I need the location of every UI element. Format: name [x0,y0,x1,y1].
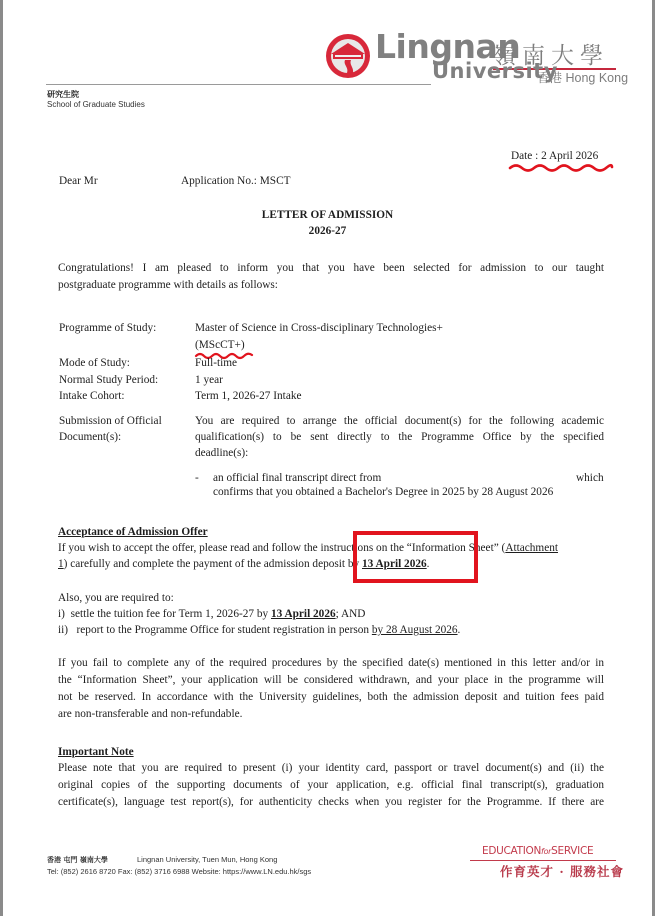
letter-title: LETTER OF ADMISSION [0,207,655,223]
bullet-line-2: confirms that you obtained a Bachelor's … [213,484,553,500]
paragraph-line: Please note that you are required to pre… [58,760,604,777]
acceptance-line-1: If you wish to accept the offer, please … [58,540,558,556]
withdrawal-paragraph: If you fail to complete any of the requi… [58,655,604,723]
footer-address: Lingnan University, Tuen Mun, Hong Kong [137,855,277,864]
attachment-link[interactable]: Attachment [505,542,558,554]
red-squiggle-annotation [508,163,614,173]
acceptance-text: ) carefully and complete the payment of … [64,558,362,570]
submission-line: deadline(s): [195,445,604,461]
detail-label-programme: Programme of Study: [59,320,156,336]
submission-line: You are required to arrange the official… [195,413,604,429]
submission-text: You are required to arrange the official… [195,413,604,461]
detail-label-submission-cont: Document(s): [59,429,121,445]
also-intro: Also, you are required to: [58,590,174,606]
important-note-paragraph: Please note that you are required to pre… [58,760,604,811]
paragraph-line: certificate(s), language test report(s),… [58,794,604,811]
motto-divider [470,860,616,861]
detail-value-programme-abbr: (MScCT+) [195,337,245,353]
item-number: i) [58,608,65,620]
acceptance-heading: Acceptance of Admission Offer [58,524,208,540]
university-logo: Lingnan 嶺南大學 University 香港 Hong Kong [325,33,625,89]
item-text-end: ; AND [336,608,366,620]
footer-address-chinese: 香港 屯門 嶺南大學 [47,855,108,865]
letter-date: Date : 2 April 2026 [511,148,598,164]
logo-hong-kong: 香港 Hong Kong [537,68,628,86]
application-number: Application No.: MSCT [181,173,291,189]
paragraph-line: the “Information Sheet”, your applicatio… [58,672,604,689]
motto-chinese: 作育英才 · 服務社會 [500,862,624,880]
submission-line: qualification(s) to be sent directly to … [195,429,604,445]
intro-line: Congratulations! I am pleased to inform … [58,260,604,277]
item-text: report to the Programme Office for stude… [77,624,372,636]
detail-label-period: Normal Study Period: [59,372,158,388]
red-highlight-box-annotation [353,531,478,583]
intro-line: postgraduate programme with details as f… [58,277,604,294]
footer-contact: Tel: (852) 2616 8720 Fax: (852) 3716 698… [47,867,311,876]
item-text: settle the tuition fee for Term 1, 2026-… [71,608,271,620]
paragraph-line: original copies of the supporting docume… [58,777,604,794]
header-divider [46,84,431,85]
item-text-end: . [458,624,461,636]
registration-deadline: by 28 August 2026 [372,624,458,636]
bullet-dash: - [195,470,199,486]
bullet-line-end: which [576,470,604,486]
paragraph-line: not be reserved. In accordance with the … [58,689,604,706]
paragraph-line: are non-transferable and non-refundable. [58,706,604,723]
detail-value-mode: Full-time [195,355,237,371]
lingnan-emblem-icon [325,33,371,79]
school-name: School of Graduate Studies [47,100,145,109]
detail-label-mode: Mode of Study: [59,355,130,371]
page-edge-left [0,0,3,916]
motto-english: EDUCATIONforSERVICE [482,845,593,857]
detail-value-period: 1 year [195,372,223,388]
motto-word: SERVICE [551,845,593,857]
also-item-1: i) settle the tuition fee for Term 1, 20… [58,606,365,622]
intro-paragraph: Congratulations! I am pleased to inform … [58,260,604,294]
paragraph-line: If you fail to complete any of the requi… [58,655,604,672]
letter-year: 2026-27 [0,223,655,239]
school-name-chinese: 研究生院 [47,89,79,100]
detail-label-submission: Submission of Official [59,413,162,429]
salutation: Dear Mr [59,173,98,189]
motto-word: EDUCATION [482,845,541,857]
motto-word: for [541,847,551,856]
tuition-deadline: 13 April 2026 [271,608,336,620]
detail-label-intake: Intake Cohort: [59,388,125,404]
detail-value-programme: Master of Science in Cross-disciplinary … [195,320,443,336]
also-item-2: ii) report to the Programme Office for s… [58,622,460,638]
item-number: ii) [58,624,68,636]
detail-value-intake: Term 1, 2026-27 Intake [195,388,302,404]
important-note-heading: Important Note [58,744,134,760]
